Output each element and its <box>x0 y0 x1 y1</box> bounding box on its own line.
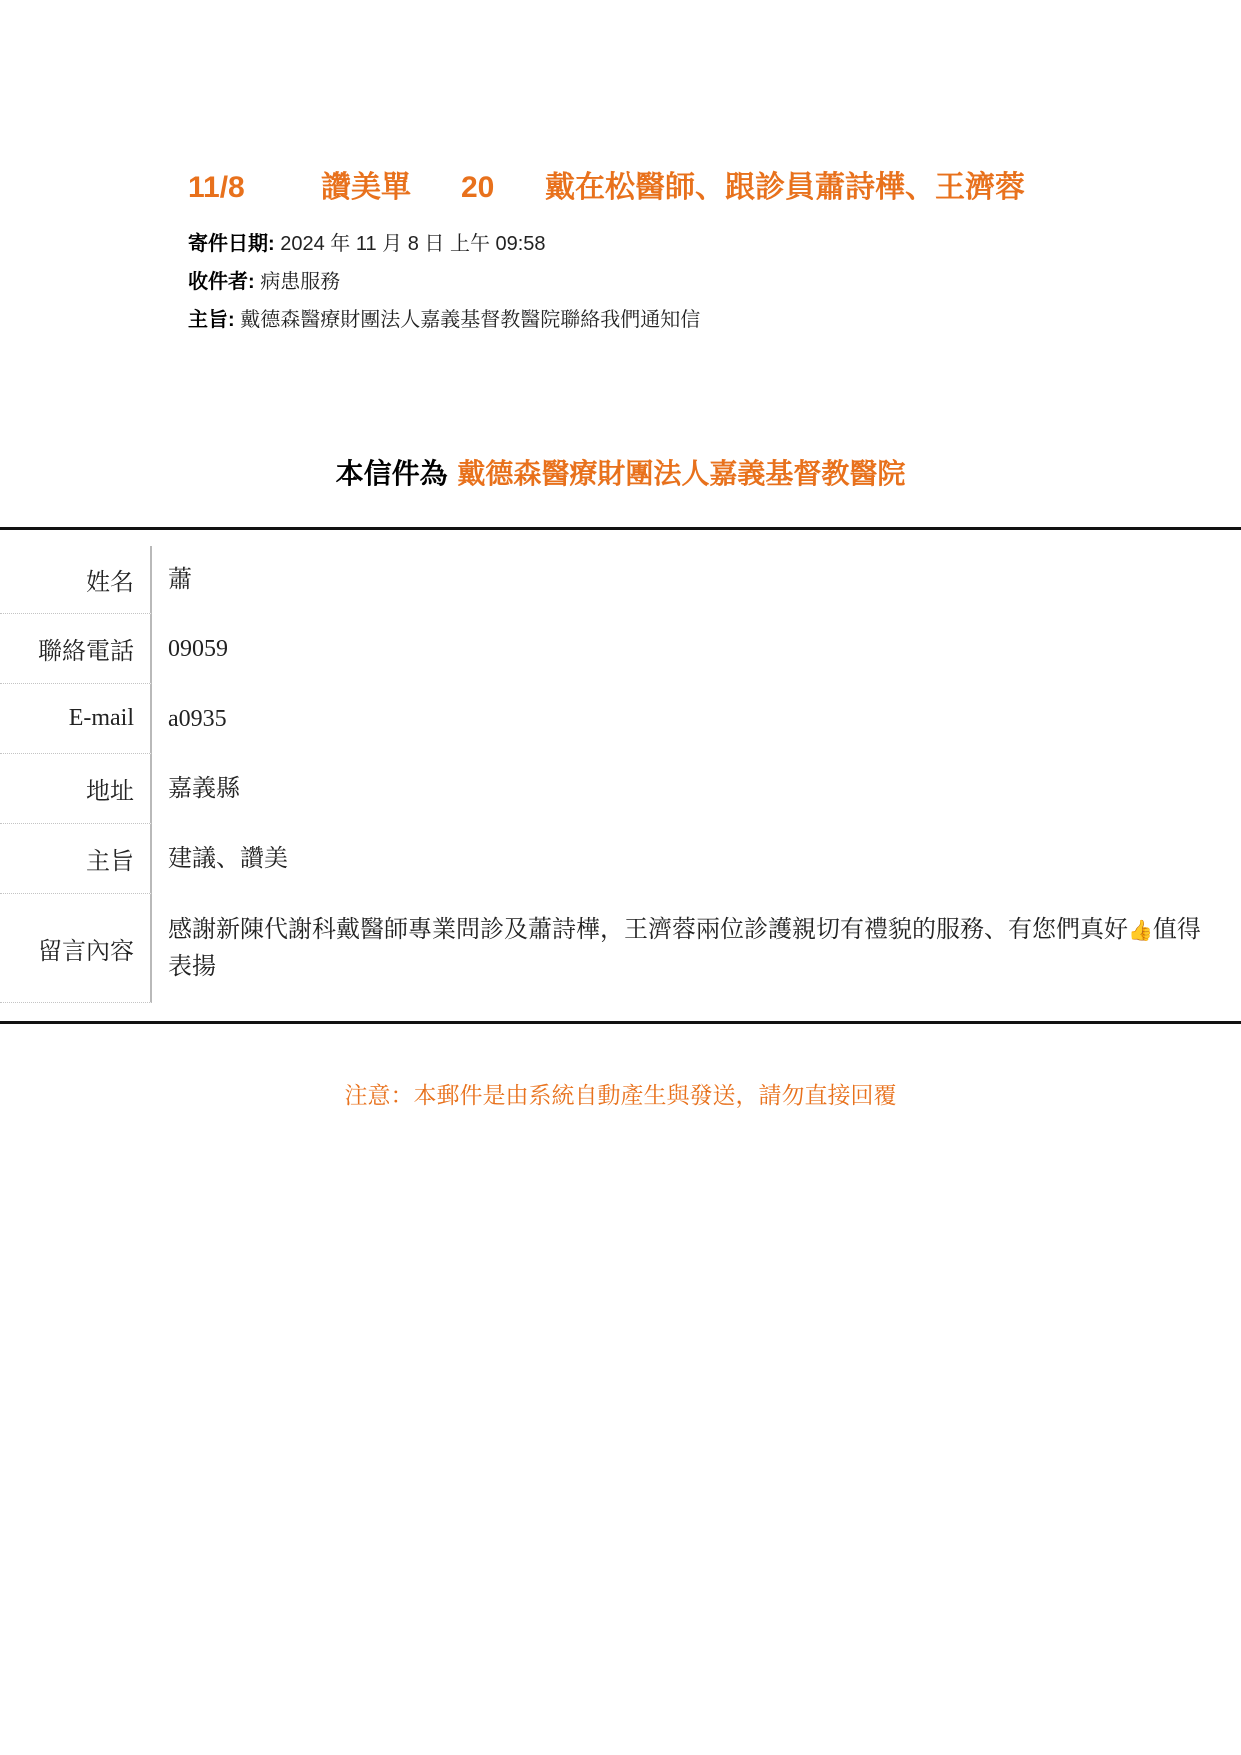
recipient-value: 病患服務 <box>255 271 341 293</box>
headline-date: 11/8 <box>188 166 321 210</box>
form-row-address: 地址 嘉義縣 <box>0 754 1241 824</box>
form-label: 姓名 <box>0 546 152 614</box>
recipient-row: 收件者: 病患服務 <box>188 266 700 304</box>
form-value: 09059 <box>152 614 1241 684</box>
headline-number: 20 <box>461 166 545 210</box>
form-value: 蕭 <box>152 546 1241 614</box>
form-row-phone: 聯絡電話 09059 <box>0 614 1241 684</box>
form-value: a0935 <box>152 684 1241 754</box>
form-row-message: 留言內容 感謝新陳代謝科戴醫師專業問診及蕭詩樺，王濟蓉兩位診護親切有禮貌的服務、… <box>0 894 1241 1003</box>
form-label: 主旨 <box>0 824 152 894</box>
headline-type: 讚美單 <box>321 166 461 210</box>
banner-organization: 戴德森醫療財團法人嘉義基督教醫院 <box>457 457 905 490</box>
form-row-subject: 主旨 建議、讚美 <box>0 824 1241 894</box>
form-row-name: 姓名 蕭 <box>0 546 1241 614</box>
sent-date-row: 寄件日期: 2024 年 11 月 8 日 上午 09:58 <box>188 228 700 266</box>
top-divider <box>0 527 1241 530</box>
email-meta: 寄件日期: 2024 年 11 月 8 日 上午 09:58 收件者: 病患服務… <box>188 228 700 342</box>
bottom-divider <box>0 1021 1241 1024</box>
sent-date-value: 2024 年 11 月 8 日 上午 09:58 <box>275 233 546 255</box>
subject-label: 主旨: <box>188 309 235 331</box>
subject-value: 戴德森醫療財團法人嘉義基督教醫院聯絡我們通知信 <box>235 309 701 331</box>
form-label: E-mail <box>0 684 152 754</box>
message-text-before: 感謝新陳代謝科戴醫師專業問診及蕭詩樺，王濟蓉兩位診護親切有禮貌的服務、有您們真好 <box>168 917 1128 943</box>
auto-generated-notice: 注意：本郵件是由系統自動產生與發送，請勿直接回覆 <box>0 1080 1241 1112</box>
banner-prefix: 本信件為 <box>336 457 458 490</box>
form-value: 嘉義縣 <box>152 754 1241 824</box>
message-text: 感謝新陳代謝科戴醫師專業問診及蕭詩樺，王濟蓉兩位診護親切有禮貌的服務、有您們真好… <box>168 912 1221 985</box>
form-label: 地址 <box>0 754 152 824</box>
form-value-message: 感謝新陳代謝科戴醫師專業問診及蕭詩樺，王濟蓉兩位診護親切有禮貌的服務、有您們真好… <box>152 894 1241 1003</box>
source-banner: 本信件為 戴德森醫療財團法人嘉義基督教醫院 <box>0 452 1241 496</box>
form-value: 建議、讚美 <box>152 824 1241 894</box>
contact-form-table: 姓名 蕭 聯絡電話 09059 E-mail a0935 地址 嘉義縣 主旨 建… <box>0 546 1241 1003</box>
subject-row: 主旨: 戴德森醫療財團法人嘉義基督教醫院聯絡我們通知信 <box>188 304 700 342</box>
form-label: 聯絡電話 <box>0 614 152 684</box>
document-headline: 11/8讚美單20戴在松醫師、跟診員蕭詩樺、王濟蓉 <box>188 166 1025 210</box>
sent-date-label: 寄件日期: <box>188 233 275 255</box>
thumbs-up-icon: 👍 <box>1128 913 1153 949</box>
recipient-label: 收件者: <box>188 271 255 293</box>
headline-subject-people: 戴在松醫師、跟診員蕭詩樺、王濟蓉 <box>545 166 1025 210</box>
form-row-email: E-mail a0935 <box>0 684 1241 754</box>
form-label: 留言內容 <box>0 894 152 1003</box>
